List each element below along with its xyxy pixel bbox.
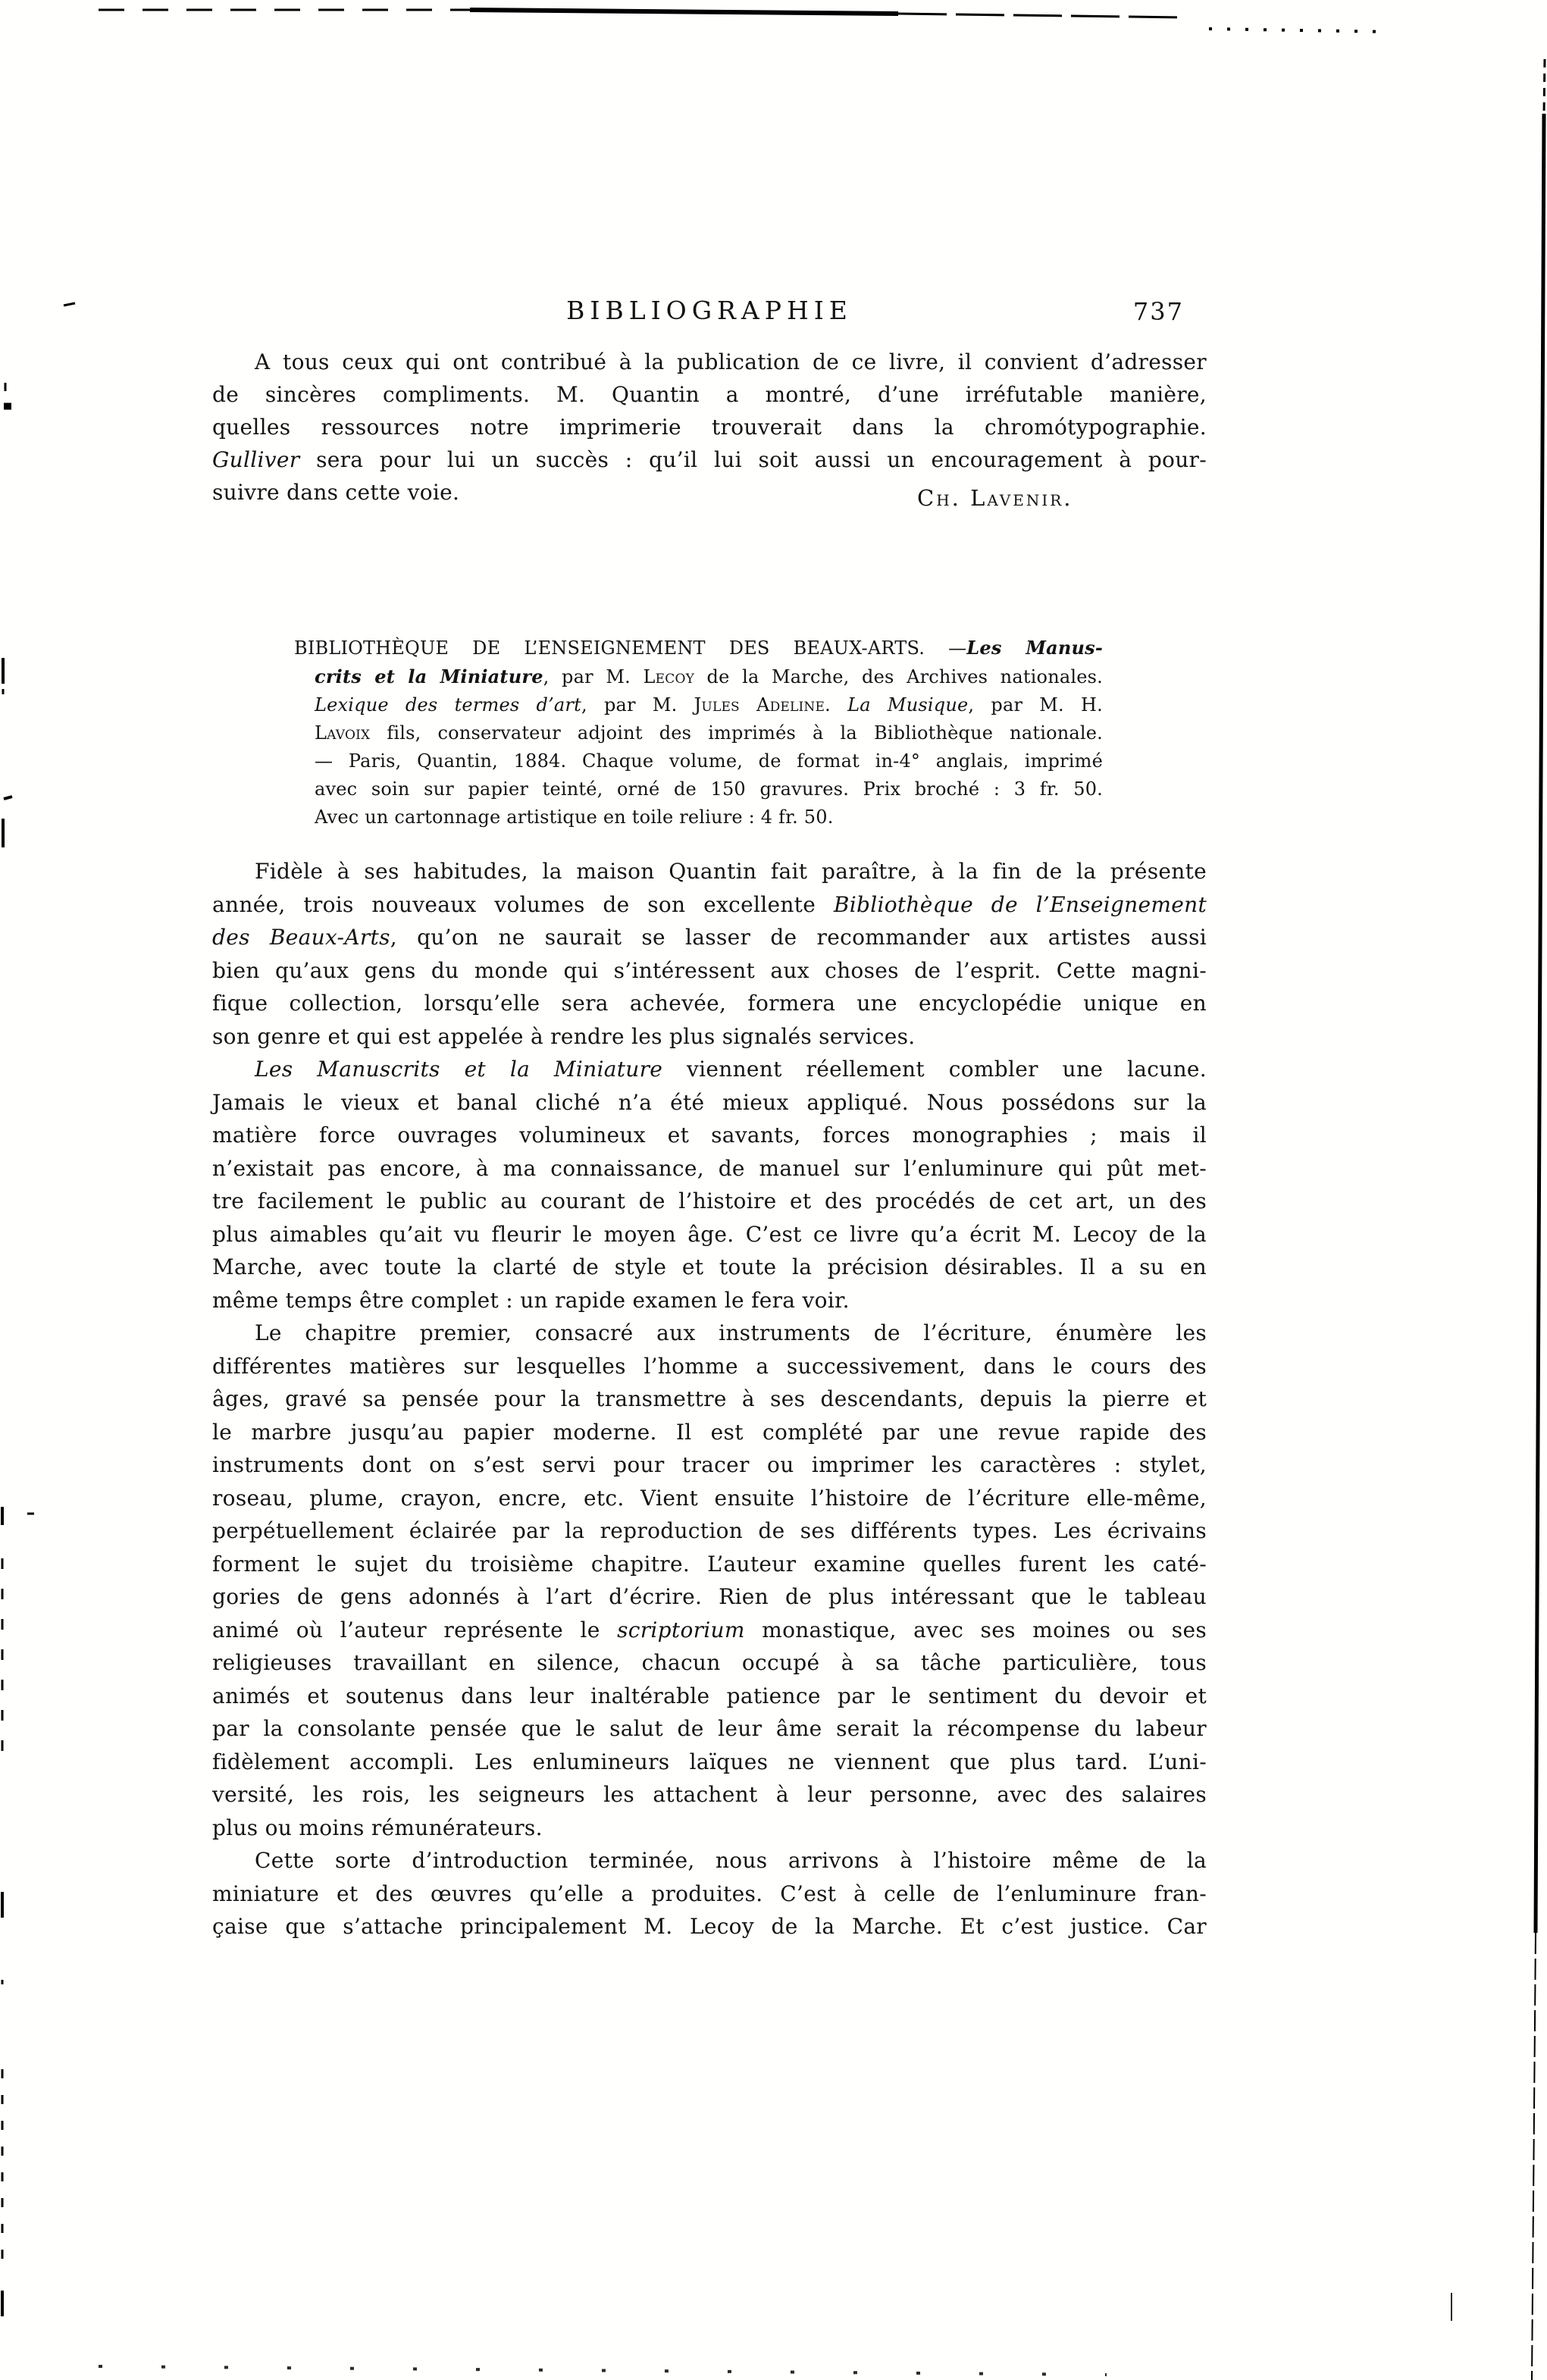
text-segment: versité, les rois, les seigneurs les att… bbox=[212, 1782, 1207, 1807]
italic-text: crits et la Miniature bbox=[315, 665, 543, 687]
text-segment: Jamais le vieux et banal cliché n’a été … bbox=[212, 1090, 1207, 1115]
text-line: différentes matières sur lesquelles l’ho… bbox=[212, 1350, 1207, 1383]
italic-text: Les Manuscrits et la Miniature bbox=[255, 1057, 662, 1082]
text-line: animé où l’auteur représente le scriptor… bbox=[212, 1614, 1207, 1647]
text-line: n’existait pas encore, à ma connaissance… bbox=[212, 1152, 1207, 1185]
text-segment: matière force ouvrages volumineux et sav… bbox=[212, 1123, 1207, 1148]
scan-artifact-bottom-speckles bbox=[99, 2293, 1451, 2375]
text-segment: suivre dans cette voie. bbox=[212, 480, 459, 505]
review-body: Fidèle à ses habitudes, la maison Quanti… bbox=[212, 855, 1207, 1943]
text-line: Lavoix fils, conservateur adjoint des im… bbox=[315, 719, 1103, 747]
italic-text: Gulliver bbox=[212, 447, 299, 472]
text-segment: , par M. H. bbox=[968, 694, 1103, 716]
text-segment: çaise que s’attache principalement M. Le… bbox=[212, 1914, 1207, 1939]
text-segment: n’existait pas encore, à ma connaissance… bbox=[212, 1156, 1207, 1181]
text-line: miniature et des œuvres qu’elle a produi… bbox=[212, 1877, 1207, 1911]
text-line: roseau, plume, crayon, encre, etc. Vient… bbox=[212, 1482, 1207, 1515]
text-segment: — Paris, Quantin, 1884. Chaque volume, d… bbox=[315, 750, 1103, 772]
paragraph: Les Manuscrits et la Miniature viennent … bbox=[212, 1053, 1207, 1317]
text-segment: Le chapitre premier, consacré aux instru… bbox=[255, 1320, 1207, 1345]
text-segment: année, trois nouveaux volumes de son exc… bbox=[212, 892, 834, 917]
text-segment: animés et soutenus dans leur inaltérable… bbox=[212, 1683, 1207, 1708]
text-line: — Paris, Quantin, 1884. Chaque volume, d… bbox=[315, 747, 1103, 775]
text-line: des Beaux-Arts, qu’on ne saurait se lass… bbox=[212, 921, 1207, 954]
text-line: BIBLIOTHÈQUE DE L’ENSEIGNEMENT DES BEAUX… bbox=[315, 634, 1103, 662]
text-segment: même temps être complet : un rapide exam… bbox=[212, 1288, 850, 1313]
text-segment: instruments dont on s’est servi pour tra… bbox=[212, 1452, 1207, 1477]
text-segment: gories de gens adonnés à l’art d’écrire.… bbox=[212, 1584, 1207, 1609]
text-segment: . bbox=[825, 694, 847, 716]
text-segment: , par M. bbox=[581, 694, 694, 716]
page-number: 737 bbox=[1133, 297, 1184, 326]
text-segment: animé où l’auteur représente le bbox=[212, 1617, 617, 1643]
text-segment: Cette sorte d’introduction terminée, nou… bbox=[255, 1848, 1207, 1873]
text-line: avec soin sur papier teinté, orné de 150… bbox=[315, 775, 1103, 803]
scan-artifact-top-line bbox=[99, 10, 1391, 32]
text-segment: avec soin sur papier teinté, orné de 150… bbox=[315, 778, 1103, 800]
text-line: Avec un cartonnage artistique en toile r… bbox=[315, 803, 1103, 831]
text-line: animés et soutenus dans leur inaltérable… bbox=[212, 1680, 1207, 1713]
text-segment: , par M. bbox=[543, 666, 644, 687]
text-line: A tous ceux qui ont contribué à la publi… bbox=[212, 346, 1207, 378]
text-line: quelles ressources notre imprimerie trou… bbox=[212, 411, 1207, 443]
text-line: gories de gens adonnés à l’art d’écrire.… bbox=[212, 1580, 1207, 1614]
smallcaps-text: Lavoix bbox=[315, 722, 370, 744]
text-line: crits et la Miniature, par M. Lecoy de l… bbox=[315, 662, 1103, 691]
text-segment: , qu’on ne saurait se lasser de recomman… bbox=[390, 925, 1207, 950]
text-segment: viennent réellement combler une lacune. bbox=[662, 1057, 1207, 1082]
author-signature: Ch. Lavenir. bbox=[917, 485, 1073, 511]
text-segment: différentes matières sur lesquelles l’ho… bbox=[212, 1354, 1207, 1379]
text-segment: fils, conservateur adjoint des imprimés … bbox=[370, 722, 1103, 744]
text-segment: religieuses travaillant en silence, chac… bbox=[212, 1650, 1207, 1675]
text-line: Gulliver sera pour lui un succès : qu’il… bbox=[212, 443, 1207, 476]
paragraph: Le chapitre premier, consacré aux instru… bbox=[212, 1317, 1207, 1844]
text-segment: par la consolante pensée que le salut de… bbox=[212, 1716, 1207, 1741]
smallcaps-text: Lecoy bbox=[644, 666, 695, 687]
text-line: instruments dont on s’est servi pour tra… bbox=[212, 1448, 1207, 1482]
text-line: le marbre jusqu’au papier moderne. Il es… bbox=[212, 1416, 1207, 1449]
italic-text: Les Manus- bbox=[966, 637, 1103, 659]
text-line: fidèlement accompli. Les enlumineurs laï… bbox=[212, 1746, 1207, 1779]
text-segment: tre facilement le public au courant de l… bbox=[212, 1188, 1207, 1213]
text-line: Le chapitre premier, consacré aux instru… bbox=[212, 1317, 1207, 1350]
text-line: Marche, avec toute la clarté de style et… bbox=[212, 1251, 1207, 1284]
italic-text: des Beaux-Arts bbox=[212, 925, 390, 950]
text-line: âges, gravé sa pensée pour la transmettr… bbox=[212, 1383, 1207, 1416]
text-line: de sincères compliments. M. Quantin a mo… bbox=[212, 378, 1207, 411]
text-segment: de la Marche, des Archives nationales. bbox=[694, 666, 1103, 687]
text-segment: Fidèle à ses habitudes, la maison Quanti… bbox=[255, 859, 1207, 884]
italic-text: La Musique bbox=[847, 694, 968, 716]
text-segment: quelles ressources notre imprimerie trou… bbox=[212, 415, 1207, 440]
text-segment: plus aimables qu’ait vu fleurir le moyen… bbox=[212, 1222, 1207, 1247]
text-line: son genre et qui est appelée à rendre le… bbox=[212, 1020, 1207, 1054]
text-line: Fidèle à ses habitudes, la maison Quanti… bbox=[212, 855, 1207, 888]
intro-paragraph: A tous ceux qui ont contribué à la publi… bbox=[212, 346, 1207, 509]
italic-text: Lexique des termes d’art bbox=[315, 694, 581, 716]
text-line: religieuses travaillant en silence, chac… bbox=[212, 1646, 1207, 1680]
text-line: par la consolante pensée que le salut de… bbox=[212, 1712, 1207, 1746]
text-line: même temps être complet : un rapide exam… bbox=[212, 1284, 1207, 1317]
text-line: çaise que s’attache principalement M. Le… bbox=[212, 1910, 1207, 1943]
text-line: matière force ouvrages volumineux et sav… bbox=[212, 1119, 1207, 1152]
text-line: plus ou moins rémunérateurs. bbox=[212, 1812, 1207, 1845]
text-segment: forment le sujet du troisième chapitre. … bbox=[212, 1552, 1207, 1577]
running-title: BIBLIOGRAPHIE bbox=[212, 296, 1207, 325]
text-segment: sera pour lui un succès : qu’il lui soit… bbox=[299, 447, 1207, 472]
smallcaps-text: Jules Adeline bbox=[694, 694, 825, 716]
text-line: bien qu’aux gens du monde qui s’intéress… bbox=[212, 954, 1207, 988]
text-segment: âges, gravé sa pensée pour la transmettr… bbox=[212, 1386, 1207, 1411]
text-segment: fique collection, lorsqu’elle sera achev… bbox=[212, 991, 1207, 1016]
bibliography-entry: BIBLIOTHÈQUE DE L’ENSEIGNEMENT DES BEAUX… bbox=[315, 634, 1103, 831]
italic-text: scriptorium bbox=[617, 1617, 745, 1643]
text-segment: le marbre jusqu’au papier moderne. Il es… bbox=[212, 1420, 1207, 1445]
text-line: plus aimables qu’ait vu fleurir le moyen… bbox=[212, 1218, 1207, 1251]
text-line: perpétuellement éclairée par la reproduc… bbox=[212, 1514, 1207, 1548]
text-segment: BIBLIOTHÈQUE DE L’ENSEIGNEMENT DES BEAUX… bbox=[294, 637, 966, 659]
paragraph: Fidèle à ses habitudes, la maison Quanti… bbox=[212, 855, 1207, 1053]
scan-artifact-right-line bbox=[1532, 59, 1545, 2380]
text-segment: Marche, avec toute la clarté de style et… bbox=[212, 1254, 1207, 1279]
text-segment: miniature et des œuvres qu’elle a produi… bbox=[212, 1881, 1207, 1906]
text-line: Lexique des termes d’art, par M. Jules A… bbox=[315, 691, 1103, 719]
text-line: Cette sorte d’introduction terminée, nou… bbox=[212, 1844, 1207, 1877]
text-line: Jamais le vieux et banal cliché n’a été … bbox=[212, 1086, 1207, 1120]
italic-text: Bibliothèque de l’Enseignement bbox=[834, 892, 1207, 917]
text-segment: Avec un cartonnage artistique en toile r… bbox=[315, 806, 834, 828]
text-segment: roseau, plume, crayon, encre, etc. Vient… bbox=[212, 1486, 1207, 1511]
text-segment: de sincères compliments. M. Quantin a mo… bbox=[212, 382, 1207, 407]
text-segment: perpétuellement éclairée par la reproduc… bbox=[212, 1518, 1207, 1543]
scanned-book-page: BIBLIOGRAPHIE 737 A tous ceux qui ont co… bbox=[0, 0, 1547, 2380]
page-header: BIBLIOGRAPHIE 737 bbox=[212, 296, 1207, 334]
text-line: forment le sujet du troisième chapitre. … bbox=[212, 1548, 1207, 1581]
text-segment: A tous ceux qui ont contribué à la publi… bbox=[255, 349, 1207, 374]
text-line: année, trois nouveaux volumes de son exc… bbox=[212, 888, 1207, 922]
text-line: Les Manuscrits et la Miniature viennent … bbox=[212, 1053, 1207, 1086]
text-line: fique collection, lorsqu’elle sera achev… bbox=[212, 987, 1207, 1020]
text-segment: fidèlement accompli. Les enlumineurs laï… bbox=[212, 1749, 1207, 1774]
text-segment: monastique, avec ses moines ou ses bbox=[745, 1617, 1207, 1643]
scan-artifact-left-marks bbox=[2, 303, 75, 2316]
text-line: tre facilement le public au courant de l… bbox=[212, 1185, 1207, 1218]
text-segment: son genre et qui est appelée à rendre le… bbox=[212, 1024, 916, 1049]
paragraph: Cette sorte d’introduction terminée, nou… bbox=[212, 1844, 1207, 1943]
text-segment: plus ou moins rémunérateurs. bbox=[212, 1815, 543, 1840]
text-line: versité, les rois, les seigneurs les att… bbox=[212, 1778, 1207, 1812]
text-segment: bien qu’aux gens du monde qui s’intéress… bbox=[212, 958, 1207, 983]
